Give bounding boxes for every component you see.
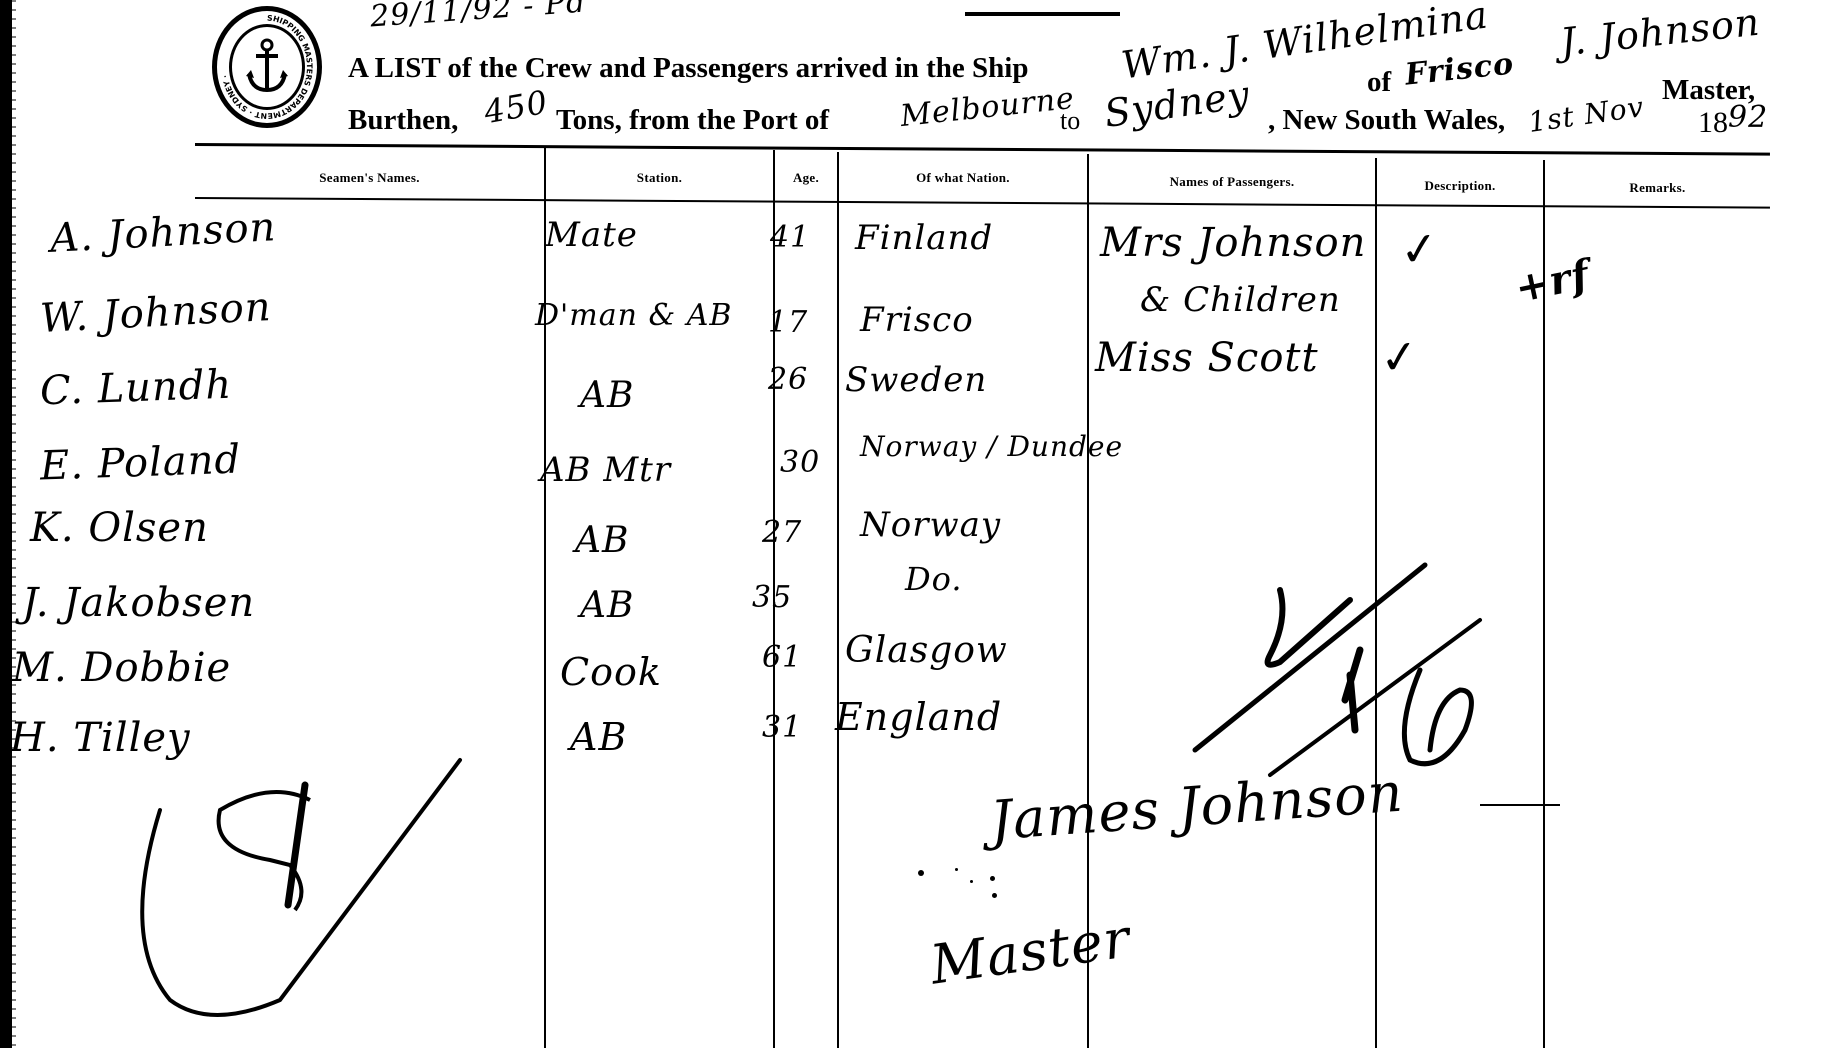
anchor-icon [244, 38, 290, 96]
crew-name: W. Johnson [39, 284, 273, 342]
column-header-seamens-names: Seamen's Names. [195, 160, 544, 196]
master-name-handwritten: J. Johnson [1558, 0, 1762, 64]
column-header-age: Age. [775, 160, 837, 196]
crew-station: AB Mtr [540, 450, 671, 490]
crew-age: 26 [768, 362, 808, 397]
column-divider [837, 152, 839, 1048]
scan-edge-specks [12, 0, 16, 1048]
header-top-rule [195, 143, 1770, 156]
ink-spot [918, 870, 924, 876]
passenger-name: & Children [1140, 280, 1341, 320]
burthen-label: Burthen, [348, 104, 458, 137]
crew-name: J. Jakobsen [22, 580, 255, 626]
crew-nation: Norway [860, 505, 1001, 545]
master-signature: James Johnson [988, 761, 1405, 853]
column-header-description: Description. [1377, 168, 1543, 204]
crew-age: 61 [762, 640, 802, 675]
crew-name: E. Poland [39, 437, 241, 490]
crew-station: AB [570, 715, 627, 759]
column-divider [544, 146, 546, 1048]
burthen-value-handwritten: 450 [481, 83, 551, 132]
crew-nation: Norway / Dundee [860, 430, 1123, 463]
signature-tail [1480, 804, 1560, 806]
crew-station: AB [580, 585, 634, 626]
passenger-check-icon: ✓ [1377, 328, 1421, 386]
ink-spot [990, 876, 995, 881]
crew-nation: Glasgow [845, 630, 1008, 671]
crew-nation: Frisco [860, 300, 974, 340]
ink-spot [955, 868, 958, 871]
signature-title: Master [927, 906, 1134, 996]
column-header-remarks: Remarks. [1545, 170, 1770, 206]
nsw-label: , New South Wales, [1268, 104, 1505, 137]
crew-age: 31 [762, 710, 802, 745]
header-line1-text: A LIST of the Crew and Passengers arrive… [348, 52, 1029, 85]
crew-age: 35 [752, 580, 792, 615]
crew-station: AB [575, 520, 629, 561]
ink-spot [992, 893, 997, 898]
crew-nation: Do. [905, 560, 963, 598]
column-header-nation: Of what Nation. [839, 160, 1087, 196]
from-port-handwritten: Melbourne [899, 81, 1077, 134]
passenger-name: Miss Scott [1095, 335, 1319, 381]
scan-edge [0, 0, 12, 1048]
crew-station: Mate [545, 215, 638, 255]
top-bar [965, 12, 1120, 16]
ink-spot [970, 880, 973, 883]
passenger-check-icon: ✓ [1397, 220, 1441, 278]
year-handwritten: 92 [1728, 100, 1768, 135]
crew-station: AB [580, 375, 634, 416]
to-label: to [1060, 106, 1080, 136]
column-header-passengers: Names of Passengers. [1089, 164, 1375, 200]
crew-station: Cook [560, 650, 662, 694]
crew-station: D'man & AB [535, 298, 732, 333]
large-check-mark [120, 740, 480, 1040]
crew-nation: Finland [855, 218, 993, 258]
crew-age: 30 [780, 445, 820, 480]
tons-from-port-label: Tons, from the Port of [556, 104, 829, 137]
crew-nation: Sweden [845, 360, 987, 400]
ship-port-handwritten: Frisco [1403, 46, 1515, 92]
crew-age: 17 [768, 305, 808, 340]
crew-nation: England [835, 695, 1002, 739]
crew-name: A. Johnson [49, 204, 277, 262]
year-printed: 18 [1698, 106, 1728, 140]
column-header-station: Station. [546, 160, 773, 196]
crew-name: M. Dobbie [12, 645, 231, 691]
crew-name: C. Lundh [39, 362, 233, 415]
top-annotation: 29/11/92 - Pd [369, 0, 587, 35]
shipping-masters-seal: SHIPPING MASTERS DEPARTMENT · SYDNEY · [212, 6, 322, 128]
crew-age: 41 [770, 220, 810, 255]
date-handwritten: 1st Nov [1526, 90, 1646, 139]
crew-age: 27 [762, 515, 802, 550]
large-initials-mark [1180, 560, 1560, 780]
crew-name: K. Olsen [30, 505, 209, 551]
remarks-mark: +rf [1511, 251, 1594, 313]
passenger-name: Mrs Johnson [1100, 220, 1366, 266]
of-label: of [1367, 66, 1391, 99]
